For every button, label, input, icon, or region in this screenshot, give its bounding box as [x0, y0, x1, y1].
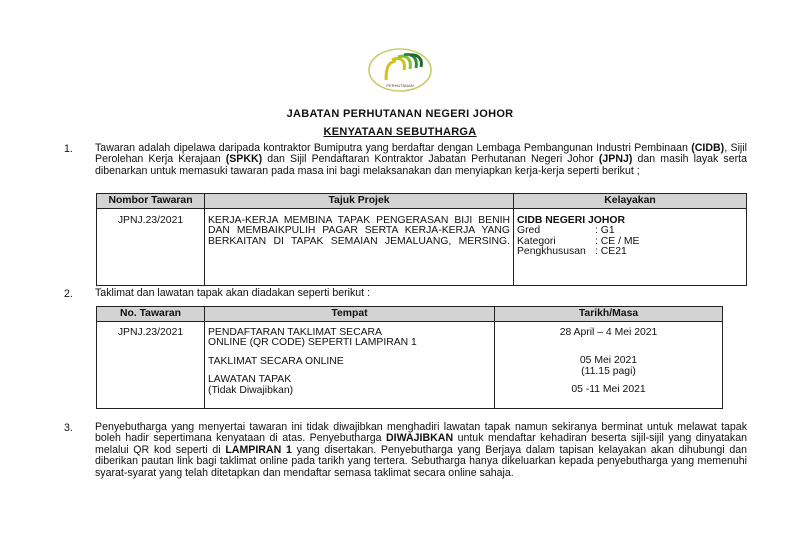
header-tempat: Tempat — [205, 307, 495, 322]
briefing-date-entry: 28 April – 4 Mei 2021 — [498, 328, 719, 338]
tender-table: Nombor Tawaran Tajuk Projek Kelayakan JP… — [96, 193, 747, 286]
emphasis-text: (SPKK) — [226, 153, 263, 165]
briefing-dates: 28 April – 4 Mei 202105 Mei 2021(11.15 p… — [495, 322, 723, 409]
qualification-title: CIDB NEGERI JOHOR — [517, 216, 743, 226]
tender-number: JPNJ.23/2021 — [97, 209, 205, 286]
header-no-tawaran: No. Tawaran — [97, 307, 205, 322]
header-nombor-tawaran: Nombor Tawaran — [97, 194, 205, 209]
section-3-text: Penyebutharga yang menyertai tawaran ini… — [95, 422, 747, 479]
header-kelayakan: Kelayakan — [514, 194, 747, 209]
department-title: JABATAN PERHUTANAN NEGERI JOHOR — [0, 108, 800, 120]
briefing-table-header: No. Tawaran Tempat Tarikh/Masa — [97, 307, 723, 322]
notice-title: KENYATAAN SEBUTHARGA — [0, 126, 800, 138]
section-3-number: 3. — [64, 422, 73, 434]
section-1-number: 1. — [64, 143, 73, 155]
section-2-text: Taklimat dan lawatan tapak akan diadakan… — [95, 288, 747, 299]
body-text: Tawaran adalah dipelawa daripada kontrak… — [95, 142, 691, 154]
tender-table-header: Nombor Tawaran Tajuk Projek Kelayakan — [97, 194, 747, 209]
table-row: JPNJ.23/2021 KERJA-KERJA MEMBINA TAPAK P… — [97, 209, 747, 286]
svg-text:PERHUTANAN: PERHUTANAN — [386, 83, 413, 88]
briefing-place-entry: LAWATAN TAPAK(Tidak Diwajibkan) — [208, 375, 491, 396]
table-row: JPNJ.23/2021 PENDAFTARAN TAKLIMAT SECARA… — [97, 322, 723, 409]
emphasis-text: LAMPIRAN 1 — [225, 444, 292, 456]
section-1-text: Tawaran adalah dipelawa daripada kontrak… — [95, 143, 747, 177]
jpnj-logo-icon: PERHUTANAN — [366, 46, 434, 94]
qualification-pengkhususan: Pengkhususan: CE21 — [517, 247, 743, 257]
briefing-table: No. Tawaran Tempat Tarikh/Masa JPNJ.23/2… — [96, 306, 723, 409]
briefing-date-entry: 05 -11 Mei 2021 — [498, 385, 719, 395]
qualification: CIDB NEGERI JOHOR Gred: G1 Kategori: CE … — [514, 209, 747, 286]
briefing-places: PENDAFTARAN TAKLIMAT SECARAONLINE (QR CO… — [205, 322, 495, 409]
emphasis-text: (JPNJ) — [599, 153, 633, 165]
section-2-number: 2. — [64, 288, 73, 300]
pengkhususan-label: Pengkhususan — [517, 247, 595, 257]
emphasis-text: DIWAJIBKAN — [386, 432, 453, 444]
header-tarikh-masa: Tarikh/Masa — [495, 307, 723, 322]
briefing-tender-number: JPNJ.23/2021 — [97, 322, 205, 409]
emphasis-text: (CIDB) — [691, 142, 724, 154]
header-tajuk-projek: Tajuk Projek — [205, 194, 514, 209]
briefing-place-entry: PENDAFTARAN TAKLIMAT SECARAONLINE (QR CO… — [208, 328, 491, 349]
briefing-date-entry: 05 Mei 2021(11.15 pagi) — [498, 356, 719, 377]
project-title: KERJA-KERJA MEMBINA TAPAK PENGERASAN BIJ… — [205, 209, 514, 286]
briefing-place-entry: TAKLIMAT SECARA ONLINE — [208, 357, 491, 367]
pengkhususan-value: : CE21 — [595, 247, 627, 257]
body-text: dan Sijil Pendaftaran Kontraktor Jabatan… — [262, 153, 599, 165]
